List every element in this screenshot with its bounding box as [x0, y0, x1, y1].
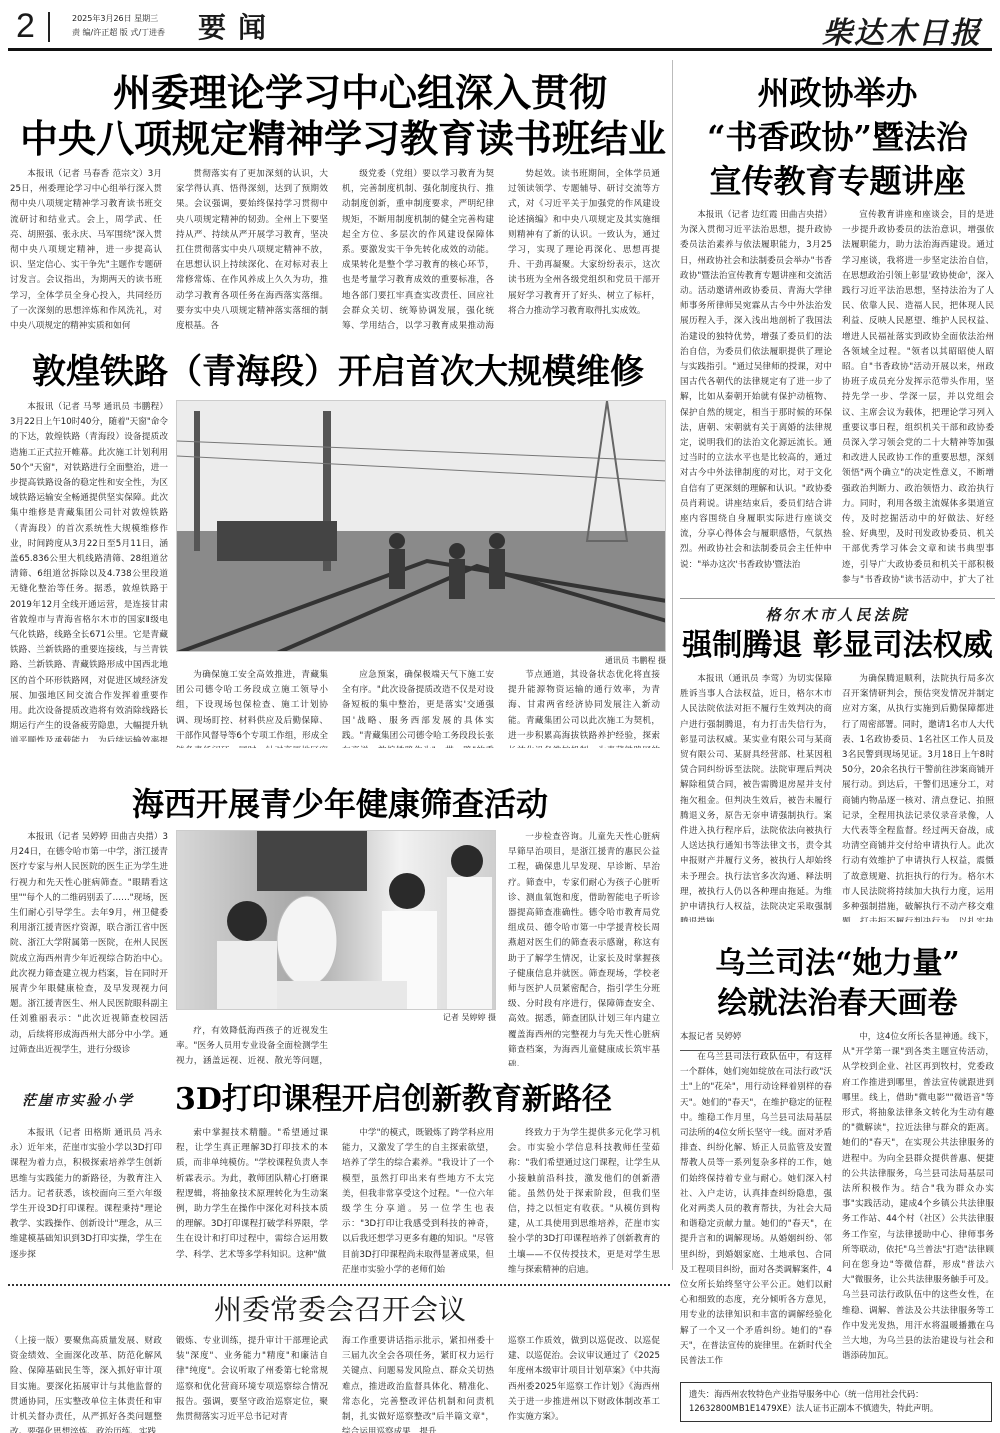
article-column: 应急预案，确保极端天气下施工安全有序。"此次设备提质改造不仅是对设备短板的集中整… [342, 668, 494, 748]
article-column: 中学"的模式，既锻炼了跨学科应用能力，又激发了学生的自主探索欲望，培养了学生的综… [342, 1126, 494, 1276]
dotted-separator [8, 1284, 670, 1286]
kicker: 格尔木市人民法院 [680, 604, 995, 625]
article-column: 宣传教育讲座和座谈会，目的是进一步提升政协委员的法治意识，增强依法履职能力，助力… [842, 208, 994, 588]
article-column: 为确保施工安全高效推进，青藏集团公司德令哈工务段成立施工领导小组，下设现场包保检… [176, 668, 328, 748]
railway-scene-illustration [177, 401, 666, 652]
photo-credit: 通讯员 韦鹏程 摄 [176, 655, 666, 666]
headline-line1: 州委理论学习中心组深入贯彻 [60, 70, 660, 116]
headline-line3: 宣传教育专题讲座 [680, 160, 995, 202]
headline-line2: 绘就法治春天画卷 [680, 984, 995, 1024]
article-column: 海工作重要讲话指示批示，紧扣州委十三届九次全会各项任务，紧盯权力运行关键点、问题… [342, 1334, 494, 1433]
section-rule [680, 598, 995, 599]
photo-credit: 记者 吴婷婷 摄 [176, 1012, 496, 1023]
article-column: 本报讯（记者 边红霞 田曲吉央措）为深入贯彻习近平法治思想，提升政协委员法治素养… [680, 208, 832, 588]
section-title: 要闻 [198, 6, 278, 46]
railway-maintenance-photo [176, 400, 666, 652]
article-column: 一步检查咨询。儿童先天性心脏病早筛早治项目，是浙江援青的惠民公益工程，确保患儿早… [508, 830, 660, 1066]
masthead-divider [48, 12, 50, 42]
issue-date: 2025年3月26日 星期三 [72, 12, 165, 26]
article-column: 本报讯（记者 田格斯 通讯员 冯永永）近年来，茫崖市实验小学以3D打印课程为着力… [10, 1126, 162, 1276]
headline: 敦煌铁路（青海段）开启首次大规模维修 [8, 350, 668, 394]
newspaper-logo: 柴达木日报 [822, 8, 982, 52]
article-column: 节点通道，其设备状态优化将直接提升能源物资运输的通行效率，为青海、甘肃两省经济协… [508, 668, 660, 748]
article-column: 索中掌握技术精髓。"希望通过课程，让学生真正理解3D打印技术的本质，而非单纯模仿… [176, 1126, 328, 1276]
article-column: 巡察工作质效，做到以巡促改、以巡促建、以巡促治。会议审议通过了《2025年度州本… [508, 1334, 660, 1433]
article-column: 本报讯（记者 马春香 范宗文）3月25日，州委理论学习中心组举行深入贯彻中央八项… [10, 167, 162, 335]
masthead-rule [8, 48, 992, 51]
kicker: 茫崖市实验小学 [22, 1090, 172, 1110]
byline: 本报记者 吴婷婷 [680, 1030, 832, 1051]
headline-line1: 州政协举办 [680, 72, 995, 114]
article-column: 势起效。读书班期间，全体学员通过领读领学、专题辅导、研讨交流等方式，对《习近平关… [508, 167, 660, 335]
article-column: 本报讯（记者 马琴 通讯员 韦鹏程）3月22日上午10时40分，随着"天窗"命令… [10, 400, 168, 742]
headline-line2: “书香政协”暨法治 [680, 116, 995, 158]
article-column: （上接一版）要聚焦高质量发展、财政资金绩效、全面深化改革、防范化解风险、保障基础… [10, 1334, 162, 1433]
screening-scene-illustration [177, 831, 496, 1010]
article-column: 疗，有效降低海西孩子的近视发生率。"医务人员用专业设备全面检测学生视力，涵盖远视… [176, 1024, 328, 1066]
headline-line1: 乌兰司法“她力量” [680, 944, 995, 984]
lost-notice: 遗失：海西州农牧特色产业指导服务中心（统一信用社会代码：12632800MB1E… [680, 1382, 992, 1422]
page-number: 2 [16, 8, 35, 44]
article-column: 本报讯（通讯员 李莺）为切实保障胜诉当事人合法权益，近日，格尔木市人民法院依法对… [680, 672, 832, 922]
article-column: 锻炼、专业训练，提升审计干部理论武装"深度"、业务能力"精度"和廉洁自律"纯度"… [176, 1334, 328, 1433]
masthead-meta: 2025年3月26日 星期三 责 编/许正超 版 式/丁进香 [72, 12, 165, 40]
headline: 州委常委会召开会议 [100, 1290, 580, 1330]
editor-credits: 责 编/许正超 版 式/丁进香 [72, 26, 165, 40]
article-column: 贯彻落实有了更加深刻的认识，大家学得认真、悟得深刻，达到了预期效果。会议强调，要… [176, 167, 328, 335]
headline: 3D打印课程开启创新教育新路径 [175, 1080, 655, 1120]
headline: 海西开展青少年健康筛查活动 [100, 782, 580, 826]
article-column: 本报讯（记者 吴婷婷 田曲吉央措）3月24日，在德令哈市第一中学，浙江援青医疗专… [10, 830, 168, 1058]
article-column: 级党委（党组）要以学习教育为契机，完善制度机制、强化制度执行、推动制度创新，重申… [342, 167, 494, 335]
article-column: 为确保腾退顺利，法院执行局多次召开案情研判会，预估突发情况并制定应对方案，从执行… [842, 672, 994, 922]
article-column: 在乌兰县司法行政队伍中，有这样一个群体，她们宛如绽放在司法行政"沃土"上的"花朵… [680, 1050, 832, 1370]
article-column: 终致力于为学生提供多元化学习机会。市实验小学信息科技教师任莹茹称："我们希望通过… [508, 1126, 660, 1276]
eye-screening-photo [176, 830, 496, 1010]
headline: 强制腾退 彰显司法权威 [680, 626, 995, 666]
lost-notice-text: 遗失：海西州农牧特色产业指导服务中心（统一信用社会代码：12632800MB1E… [689, 1389, 938, 1413]
article-column: 中，这4位女所长各显神通。线下，从"开学第一课"到各类主题宣传活动，从学校到企业… [842, 1030, 994, 1370]
headline-line2: 中央八项规定精神学习教育读书班结业 [8, 116, 678, 162]
column-divider [672, 60, 673, 1270]
